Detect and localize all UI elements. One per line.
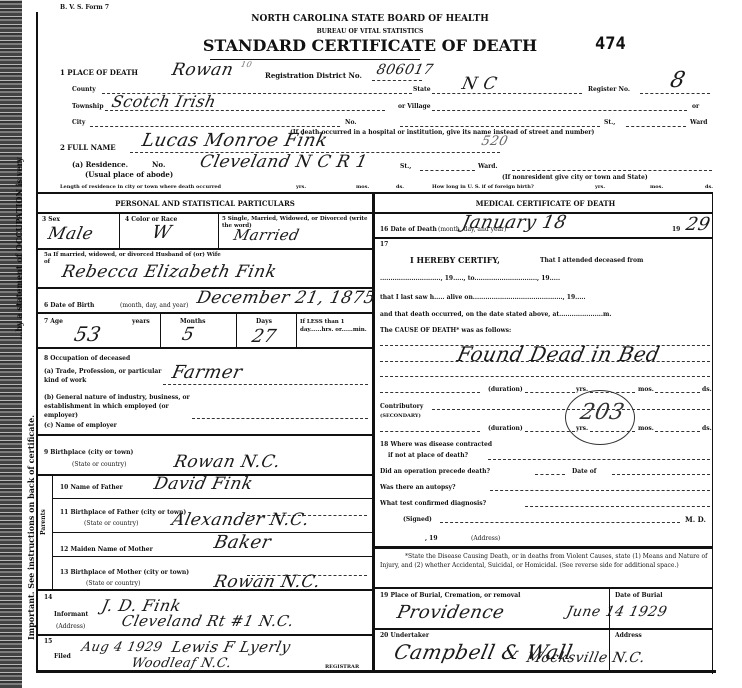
medical-section-title: MEDICAL CERTIFICATE OF DEATH	[378, 199, 713, 208]
undertaker-label: 20 Undertaker	[380, 632, 429, 639]
certificate-title: STANDARD CERTIFICATE OF DEATH	[200, 36, 540, 55]
register-value: 8	[668, 68, 688, 93]
age-years-label: years	[132, 318, 150, 325]
cause-footnote: *State the Disease Causing Death, or in …	[380, 552, 710, 570]
foreign-mos: mos.	[650, 184, 663, 190]
burial-place-value: Providence	[395, 602, 506, 623]
color-race-value: W	[150, 222, 173, 243]
disease-contracted-sub: if not at place of death?	[388, 452, 468, 459]
county-label: County	[72, 86, 96, 93]
bureau-title: BUREAU OF VITAL STATISTICS	[200, 28, 540, 35]
header-bottom-rule	[38, 192, 713, 194]
hospital-note: (If death occurred in a hospital or inst…	[290, 129, 594, 136]
age-years-value: 53	[72, 322, 104, 346]
sign-year-label: , 19	[425, 535, 438, 542]
father-name-label: 10 Name of Father	[60, 484, 123, 491]
parents-label: Parents	[40, 509, 47, 535]
place-of-death-label: 1 PLACE OF DEATH	[60, 68, 138, 77]
contributory-label: Contributory	[380, 403, 423, 410]
trade-value: Farmer	[170, 362, 244, 383]
death-date-label: 16 Date of Death	[380, 226, 437, 233]
margin-instruction-upper: ...by a statement of OCCUPATION is very	[14, 157, 24, 340]
secondary-ds: ds.	[702, 425, 712, 432]
state-value: N C	[460, 74, 499, 94]
cause-of-death-value: Found Dead in Bed	[455, 342, 662, 366]
informant-label: Informant	[54, 611, 88, 618]
cause-of-death-label: The CAUSE OF DEATH* was as follows:	[380, 327, 511, 334]
margin-note: 10	[240, 60, 253, 69]
city-no-label: No.	[345, 119, 356, 126]
length-ds: ds.	[396, 184, 404, 190]
occupation-label: 8 Occupation of deceased	[44, 355, 130, 362]
or-label: or	[692, 103, 699, 110]
primary-duration-label: (duration)	[488, 386, 523, 393]
mother-birthplace-label: 13 Birthplace of Mother (city or town)	[60, 569, 189, 576]
burial-date-label: Date of Burial	[615, 592, 662, 599]
residence-value: Cleveland N C R 1	[198, 152, 369, 172]
physician-address-label: (Address)	[471, 535, 500, 542]
dob-sub-label: (month, day, and year)	[120, 302, 188, 309]
trade-label: (a) Trade, Profession, or particular kin…	[44, 367, 164, 385]
full-name-annotation: 520	[480, 134, 510, 149]
length-yrs: yrs.	[296, 184, 306, 190]
center-divider	[372, 194, 375, 670]
filed-label: Filed	[54, 653, 71, 660]
form-id: B. V. S. Form 7	[60, 4, 109, 11]
foreign-birth-label: How long in U. S. if of foreign birth?	[432, 184, 534, 190]
filed-date-value: Aug 4 1929	[80, 640, 164, 655]
city-ward-label: Ward	[690, 119, 707, 126]
death-occurred-line: and that death occurred, on the date sta…	[380, 311, 611, 318]
secondary-label: (SECONDARY)	[380, 413, 421, 419]
father-birthplace-sub-label: (State or country)	[84, 520, 138, 527]
residence-st-label: St.,	[400, 163, 411, 170]
residence-ward-label: Ward.	[478, 163, 498, 170]
burial-date-value: June 14 1929	[565, 604, 669, 620]
age-days-label: Days	[256, 318, 272, 325]
dob-value: December 21, 1875	[195, 288, 377, 308]
certify-lead: I HEREBY CERTIFY,	[410, 255, 500, 265]
city-st-label: St.,	[604, 119, 615, 126]
attended-from-line: ............................., 19....., …	[380, 275, 560, 282]
city-label: City	[72, 119, 85, 126]
stamp-value: 203	[578, 400, 627, 425]
undertaker-address-value: Mocksville N.C.	[525, 650, 647, 666]
agency-title: NORTH CAROLINA STATE BOARD OF HEALTH	[200, 14, 540, 24]
mother-maiden-label: 12 Maiden Name of Mother	[60, 546, 153, 553]
spouse-value: Rebecca Elizabeth Fink	[60, 262, 279, 282]
registrar-name-value: Lewis F Lyerly	[170, 638, 292, 656]
residence-label: (a) Residence.	[72, 160, 128, 169]
scanned-margin-strip	[0, 0, 22, 688]
registrar-address-value: Woodleaf N.C.	[130, 656, 233, 671]
personal-section-title: PERSONAL AND STATISTICAL PARTICULARS	[40, 199, 370, 208]
dob-label: 6 Date of Birth	[44, 302, 94, 309]
birthplace-sub-label: (State or country)	[72, 461, 126, 468]
register-label: Register No.	[588, 86, 630, 93]
operation-date-label: Date of	[572, 468, 596, 475]
father-name-value: David Fink	[152, 474, 255, 494]
sex-value: Male	[46, 224, 95, 244]
bottom-frame-border	[36, 670, 716, 673]
mother-maiden-value: Baker	[212, 532, 273, 553]
residence-sub-label: (Usual place of abode)	[85, 170, 173, 179]
death-year-prefix: 19	[672, 226, 680, 233]
age-label: 7 Age	[44, 318, 63, 325]
death-year-value: 29	[684, 214, 712, 235]
industry-label: (b) General nature of industry, business…	[44, 393, 194, 420]
secondary-duration-label: (duration)	[488, 425, 523, 432]
test-diagnosis-label: What test confirmed diagnosis?	[380, 500, 486, 507]
death-date-value: January 18	[460, 212, 569, 233]
right-frame-border	[712, 194, 713, 674]
township-value: Scotch Irish	[110, 92, 218, 111]
primary-ds: ds.	[702, 386, 712, 393]
birthplace-label: 9 Birthplace (city or town)	[44, 449, 133, 456]
length-mos: mos.	[356, 184, 369, 190]
employer-label: (c) Name of employer	[44, 422, 117, 429]
village-label: or Village	[398, 103, 431, 110]
disease-contracted-label: 18 Where was disease contracted	[380, 441, 492, 448]
length-of-residence-label: Length of residence in city or town wher…	[60, 184, 221, 190]
residence-no-label: No.	[152, 160, 165, 169]
mother-birthplace-sub-label: (State or country)	[86, 580, 140, 587]
registration-district-label: Registration District No.	[265, 71, 362, 80]
full-name-label: 2 FULL NAME	[60, 143, 116, 152]
operation-label: Did an operation precede death?	[380, 468, 490, 475]
informant-address-value: Cleveland Rt #1 N.C.	[120, 612, 296, 630]
autopsy-label: Was there an autopsy?	[380, 484, 456, 491]
foreign-yrs: yrs.	[595, 184, 605, 190]
last-saw-line: that I last saw h..... alive on.........…	[380, 294, 586, 301]
certify-rest: That I attended deceased from	[540, 257, 643, 264]
registration-district-value: 806017	[375, 62, 435, 78]
township-label: Township	[72, 103, 104, 110]
certificate-number: 474	[595, 34, 626, 54]
age-months-value: 5	[180, 324, 196, 345]
foreign-ds: ds.	[705, 184, 713, 190]
informant-number: 14	[44, 594, 52, 601]
margin-instruction-lower: Important. See instructions on back of c…	[26, 415, 36, 640]
undertaker-address-label: Address	[615, 632, 642, 639]
father-birthplace-label: 11 Birthplace of Father (city or town)	[60, 509, 186, 516]
item-17-number: 17	[380, 241, 388, 248]
informant-address-label: (Address)	[56, 623, 85, 630]
birthplace-value: Rowan N.C.	[172, 452, 282, 472]
left-frame-border	[36, 12, 38, 672]
sex-label: 3 Sex	[42, 216, 60, 223]
county-value: Rowan	[170, 60, 235, 80]
full-name-value: Lucas Monroe Fink	[140, 130, 330, 151]
secondary-mos: mos.	[638, 425, 654, 432]
nonresident-note: (If nonresident give city or town and St…	[502, 174, 648, 181]
state-label: State	[413, 86, 431, 93]
marital-status-value: Married	[232, 226, 301, 244]
md-label: M. D.	[685, 515, 706, 524]
filed-number: 15	[44, 638, 52, 645]
age-days-value: 27	[250, 326, 278, 347]
less-than-day-label: If LESS than 1 day......hrs. or......min…	[300, 318, 370, 334]
signed-label: (Signed)	[403, 516, 432, 523]
primary-mos: mos.	[638, 386, 654, 393]
father-birthplace-value: Alexander N.C.	[170, 510, 311, 530]
burial-place-label: 19 Place of Burial, Cremation, or remova…	[380, 592, 520, 599]
